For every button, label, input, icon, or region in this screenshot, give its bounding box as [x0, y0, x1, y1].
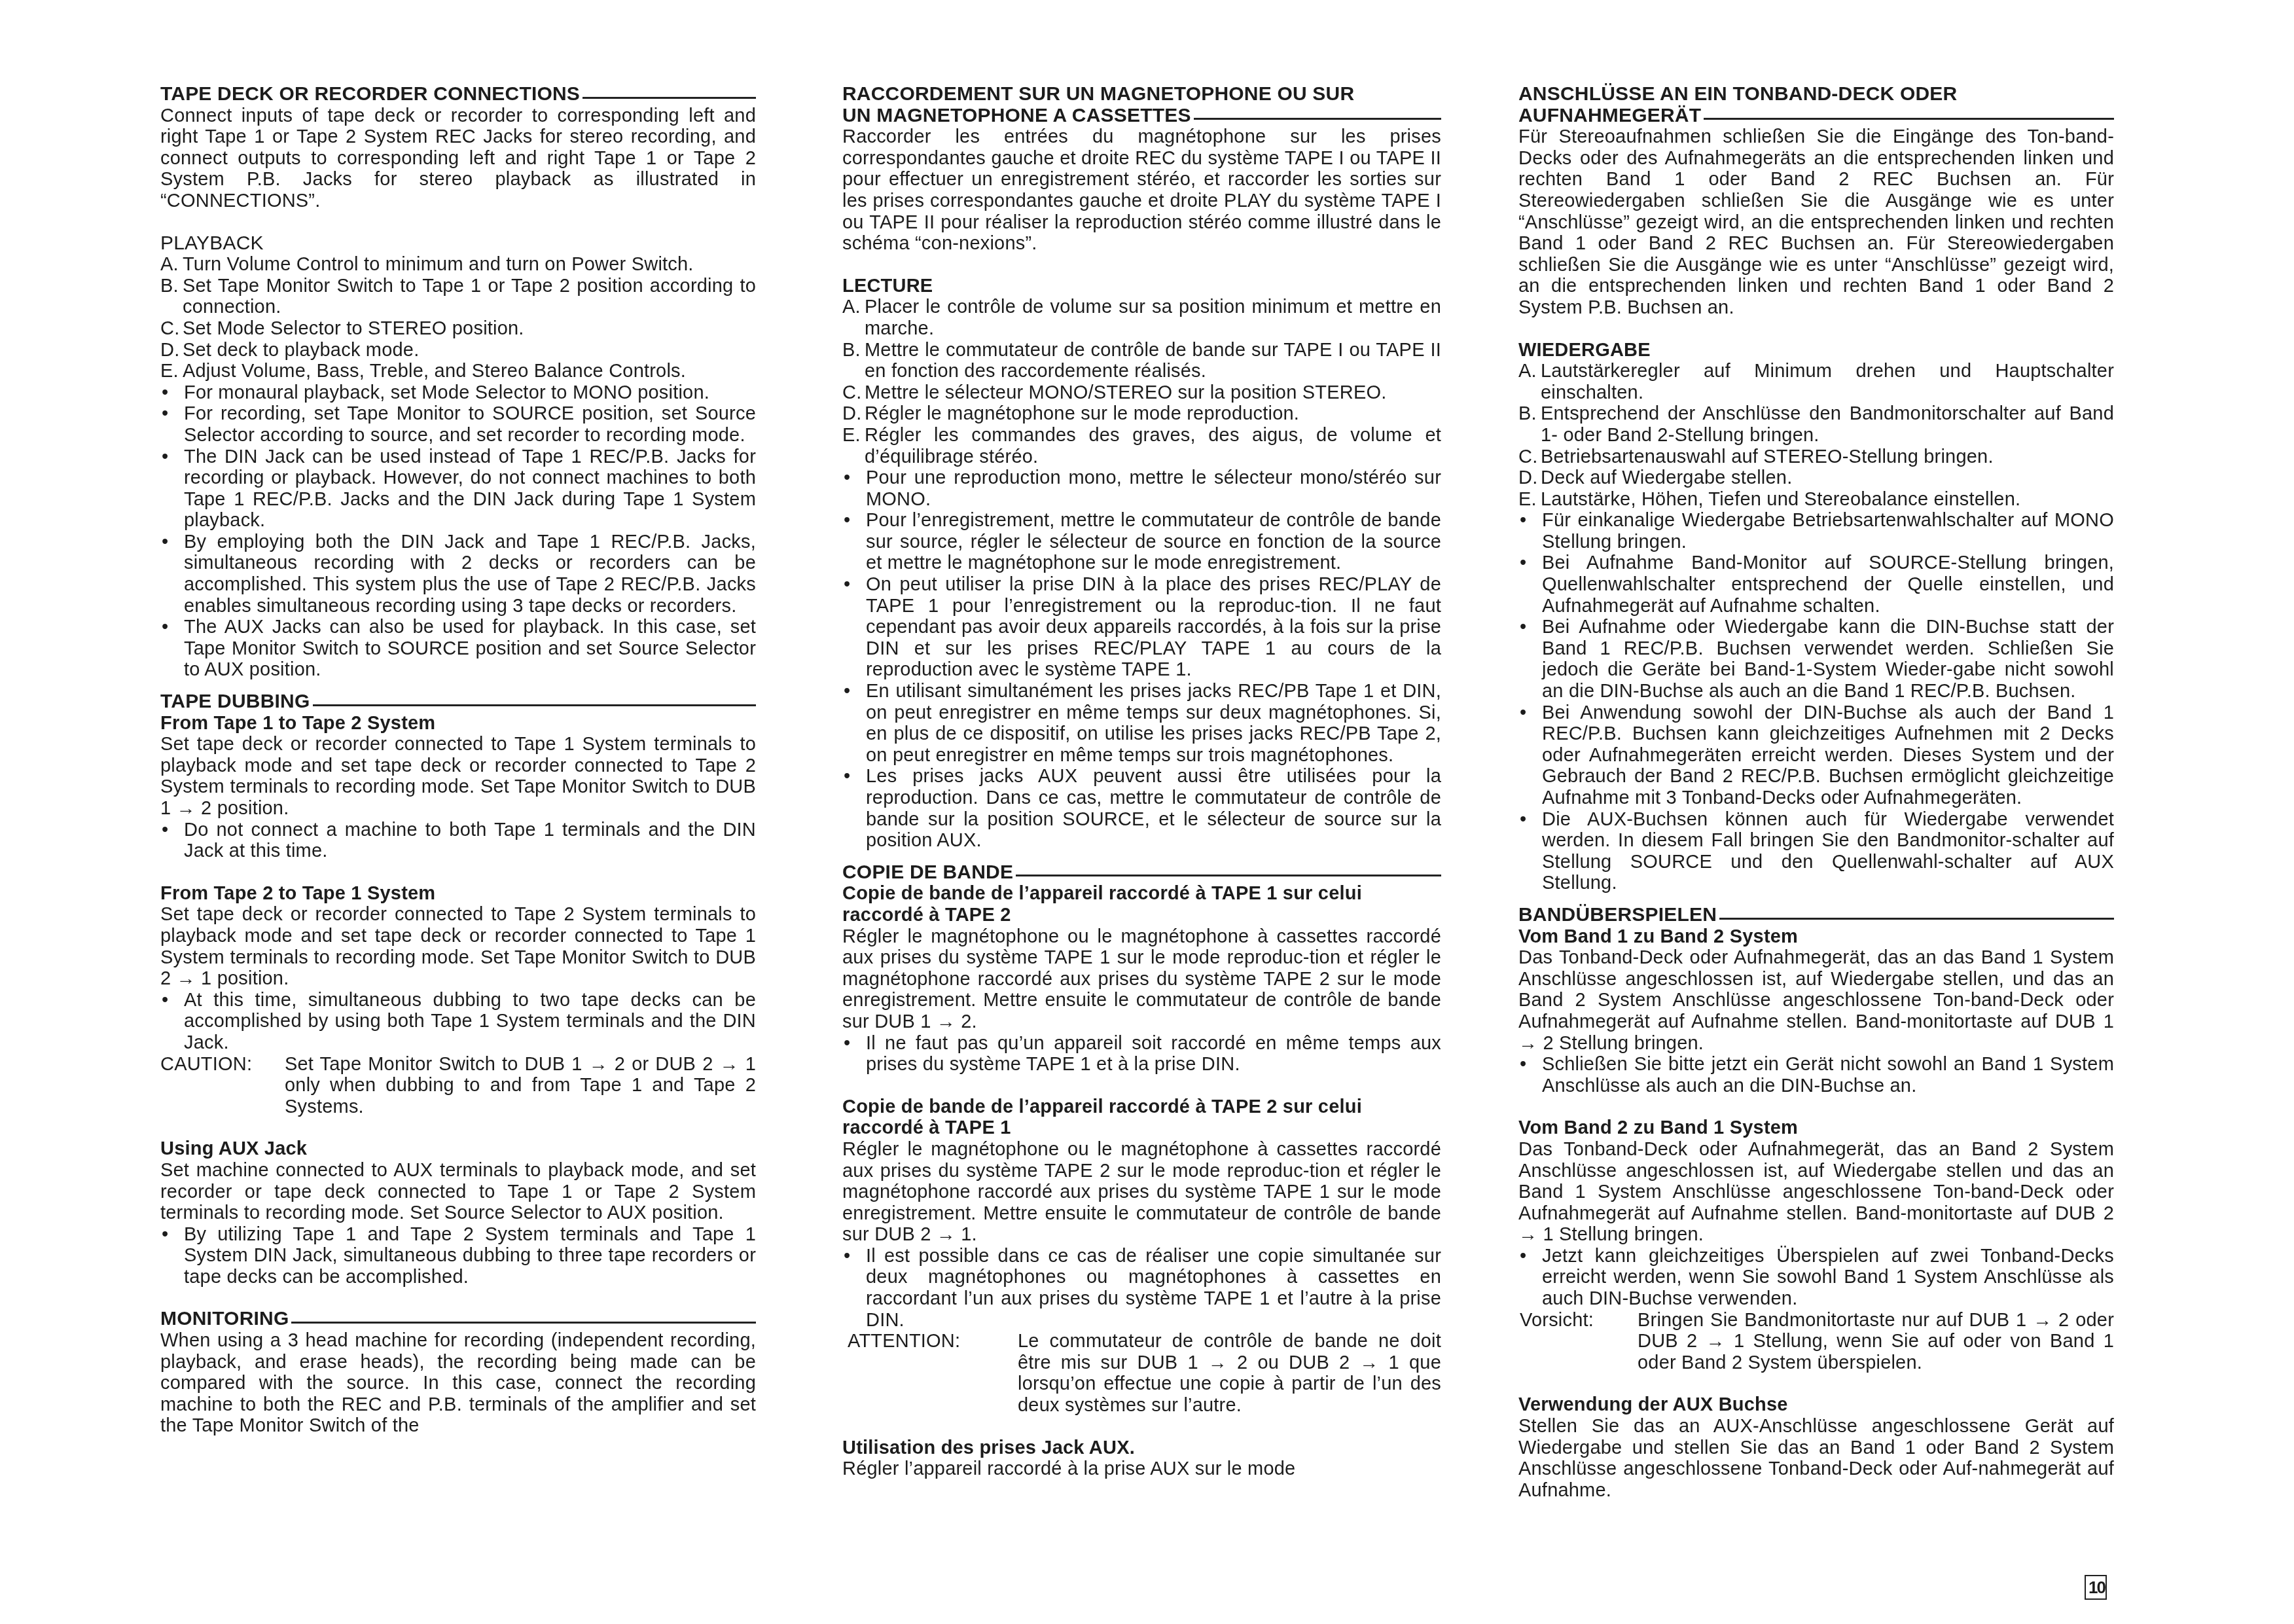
list-item: A.Turn Volume Control to minimum and tur… — [160, 254, 756, 276]
aux-paragraph: Stellen Sie das an AUX-Anschlüsse angesc… — [1518, 1416, 2114, 1501]
section-heading-copie-de-bande: COPIE DE BANDE — [842, 862, 1441, 884]
bullet-icon: • — [842, 1246, 866, 1331]
bullet-item: •Il est possible dans ce cas de réaliser… — [842, 1246, 1441, 1331]
bullet-icon: • — [842, 766, 866, 851]
copie-2-1-paragraph: Régler le magnétophone ou le magnétophon… — [842, 1139, 1441, 1246]
subheading-band1-zu-band2: Vom Band 1 zu Band 2 System — [1518, 926, 2114, 948]
bullet-item: •Il ne faut pas qu’un appareil soit racc… — [842, 1033, 1441, 1075]
list-item: E.Lautstärke, Höhen, Tiefen und Stereoba… — [1518, 489, 2114, 511]
bullet-icon: • — [160, 990, 184, 1054]
heading-rule — [313, 704, 756, 706]
bullet-icon: • — [1518, 1054, 1542, 1096]
raccordement-paragraph: Raccorder les entrées du magnétophone su… — [842, 126, 1441, 255]
band-2-1-paragraph: Das Tonband-Deck oder Aufnahmegerät, das… — [1518, 1139, 2114, 1246]
bullet-icon: • — [1518, 809, 1542, 894]
bullet-icon: • — [1518, 552, 1542, 617]
subheading-tape1-to-tape2: From Tape 1 to Tape 2 System — [160, 713, 756, 734]
section-heading-tape-dubbing: TAPE DUBBING — [160, 691, 756, 713]
bullet-item: •For recording, set Tape Monitor to SOUR… — [160, 403, 756, 446]
bullet-icon: • — [160, 532, 184, 617]
bullet-icon: • — [160, 1224, 184, 1288]
bullet-item: •Jetzt kann gleichzeitiges Überspielen a… — [1518, 1246, 2114, 1310]
bullet-item: •At this time, simultaneous dubbing to t… — [160, 990, 756, 1054]
list-item: B.Mettre le commutateur de contrôle de b… — [842, 340, 1441, 382]
list-item: D.Régler le magnétophone sur le mode rep… — [842, 403, 1441, 425]
english-column: TAPE DECK OR RECORDER CONNECTIONS Connec… — [160, 84, 756, 1437]
bullet-icon: • — [1518, 1246, 1542, 1310]
dubbing-1-2-paragraph: Set tape deck or recorder connected to T… — [160, 734, 756, 819]
bullet-item: •By utilizing Tape 1 and Tape 2 System t… — [160, 1224, 756, 1288]
vorsicht-label: Vorsicht: — [1518, 1310, 1638, 1374]
bullet-icon: • — [1518, 617, 1542, 702]
section-heading-raccordement: RACCORDEMENT SUR UN MAGNETOPHONE OU SUR … — [842, 84, 1441, 126]
wiedergabe-steps: A.Lautstärkeregler auf Minimum drehen un… — [1518, 361, 2114, 894]
subheading-copie-1-2: Copie de bande de l’appareil raccordé à … — [842, 883, 1441, 926]
list-item: D.Set deck to playback mode. — [160, 340, 756, 361]
bullet-item: •Bei Anwendung sowohl der DIN-Buchse als… — [1518, 702, 2114, 809]
list-item: E.Régler les commandes des graves, des a… — [842, 425, 1441, 467]
lecture-steps: A.Placer le contrôle de volume sur sa po… — [842, 297, 1441, 851]
bullet-icon: • — [842, 681, 866, 766]
subheading-using-aux-jack: Using AUX Jack — [160, 1138, 756, 1160]
heading-rule — [1704, 118, 2114, 120]
connections-paragraph: Connect inputs of tape deck or recorder … — [160, 105, 756, 212]
copie-1-2-paragraph: Régler le magnétophone ou le magnétophon… — [842, 926, 1441, 1033]
attention-note: ATTENTION: Le commutateur de contrôle de… — [842, 1331, 1441, 1416]
list-item: C.Set Mode Selector to STEREO position. — [160, 318, 756, 340]
list-item: B.Entsprechend der Anschlüsse den Bandmo… — [1518, 403, 2114, 446]
bullet-icon: • — [160, 382, 184, 404]
heading-rule — [582, 97, 756, 99]
attention-label: ATTENTION: — [842, 1331, 1018, 1416]
list-item: C.Mettre le sélecteur MONO/STEREO sur la… — [842, 382, 1441, 404]
subheading-band2-zu-band1: Vom Band 2 zu Band 1 System — [1518, 1117, 2114, 1139]
bullet-item: •Für einkanalige Wiedergabe Betriebsarte… — [1518, 510, 2114, 552]
bullet-item: •On peut utiliser la prise DIN à la plac… — [842, 574, 1441, 681]
list-item: A.Lautstärkeregler auf Minimum drehen un… — [1518, 361, 2114, 403]
caution-note: CAUTION: Set Tape Monitor Switch to DUB … — [160, 1054, 756, 1118]
section-heading-monitoring: MONITORING — [160, 1308, 756, 1330]
subheading-tape2-to-tape1: From Tape 2 to Tape 1 System — [160, 883, 756, 905]
playback-steps: A.Turn Volume Control to minimum and tur… — [160, 254, 756, 681]
section-heading-lecture: LECTURE — [842, 276, 1441, 297]
french-column: RACCORDEMENT SUR UN MAGNETOPHONE OU SUR … — [842, 84, 1441, 1480]
bullet-icon: • — [842, 467, 866, 510]
bullet-item: •Schließen Sie bitte jetzt ein Gerät nic… — [1518, 1054, 2114, 1096]
bullet-item: •Pour l’enregistrement, mettre le commut… — [842, 510, 1441, 574]
bullet-icon: • — [160, 820, 184, 862]
section-heading-connections: TAPE DECK OR RECORDER CONNECTIONS — [160, 84, 756, 105]
bullet-item: •For monaural playback, set Mode Selecto… — [160, 382, 756, 404]
aux-paragraph: Régler l’appareil raccordé à la prise AU… — [842, 1458, 1441, 1480]
heading-rule — [1016, 875, 1441, 876]
bullet-icon: • — [160, 403, 184, 446]
section-heading-playback: PLAYBACK — [160, 233, 756, 255]
bullet-icon: • — [842, 510, 866, 574]
subheading-utilisation-aux: Utilisation des prises Jack AUX. — [842, 1437, 1441, 1459]
bullet-icon: • — [1518, 702, 1542, 809]
bullet-item: •The DIN Jack can be used instead of Tap… — [160, 446, 756, 532]
section-heading-wiedergabe: WIEDERGABE — [1518, 340, 2114, 361]
aux-paragraph: Set machine connected to AUX terminals t… — [160, 1160, 756, 1224]
monitoring-paragraph: When using a 3 head machine for recordin… — [160, 1330, 756, 1437]
bullet-item: •Die AUX-Buchsen können auch für Wiederg… — [1518, 809, 2114, 894]
list-item: B.Set Tape Monitor Switch to Tape 1 or T… — [160, 276, 756, 318]
section-heading-bandueberspielen: BANDÜBERSPIELEN — [1518, 905, 2114, 926]
bullet-item: •Pour une reproduction mono, mettre le s… — [842, 467, 1441, 510]
bullet-item: •By employing both the DIN Jack and Tape… — [160, 532, 756, 617]
anschluesse-paragraph: Für Stereoaufnahmen schließen Sie die Ei… — [1518, 126, 2114, 318]
heading-rule — [1194, 118, 1441, 120]
list-item: E.Adjust Volume, Bass, Treble, and Stere… — [160, 361, 756, 382]
list-item: D.Deck auf Wiedergabe stellen. — [1518, 467, 2114, 489]
list-item: C.Betriebsartenauswahl auf STEREO-Stellu… — [1518, 446, 2114, 468]
bullet-item: •Do not connect a machine to both Tape 1… — [160, 820, 756, 862]
dubbing-2-1-paragraph: Set tape deck or recorder connected to T… — [160, 904, 756, 989]
subheading-verwendung-aux: Verwendung der AUX Buchse — [1518, 1394, 2114, 1416]
heading-rule — [291, 1322, 756, 1324]
german-column: ANSCHLÜSSE AN EIN TONBAND-DECK ODER AUFN… — [1518, 84, 2114, 1501]
bullet-item: •Bei Aufnahme Band-Monitor auf SOURCE-St… — [1518, 552, 2114, 617]
band-1-2-paragraph: Das Tonband-Deck oder Aufnahmegerät, das… — [1518, 947, 2114, 1054]
page-number-badge: 10 — [2085, 1575, 2107, 1600]
section-heading-anschluesse: ANSCHLÜSSE AN EIN TONBAND-DECK ODER AUFN… — [1518, 84, 2114, 126]
bullet-icon: • — [1518, 510, 1542, 552]
bullet-icon: • — [160, 446, 184, 532]
bullet-icon: • — [842, 1033, 866, 1075]
subheading-copie-2-1: Copie de bande de l’appareil raccordé à … — [842, 1096, 1441, 1139]
bullet-icon: • — [842, 574, 866, 681]
bullet-item: •Les prises jacks AUX peuvent aussi être… — [842, 766, 1441, 851]
caution-label: CAUTION: — [160, 1054, 285, 1118]
heading-rule — [1719, 918, 2114, 920]
bullet-item: •En utilisant simultanément les prises j… — [842, 681, 1441, 766]
vorsicht-note: Vorsicht: Bringen Sie Bandmonitortaste n… — [1518, 1310, 2114, 1374]
bullet-icon: • — [160, 617, 184, 681]
list-item: A.Placer le contrôle de volume sur sa po… — [842, 297, 1441, 339]
bullet-item: •The AUX Jacks can also be used for play… — [160, 617, 756, 681]
bullet-item: •Bei Aufnahme oder Wiedergabe kann die D… — [1518, 617, 2114, 702]
